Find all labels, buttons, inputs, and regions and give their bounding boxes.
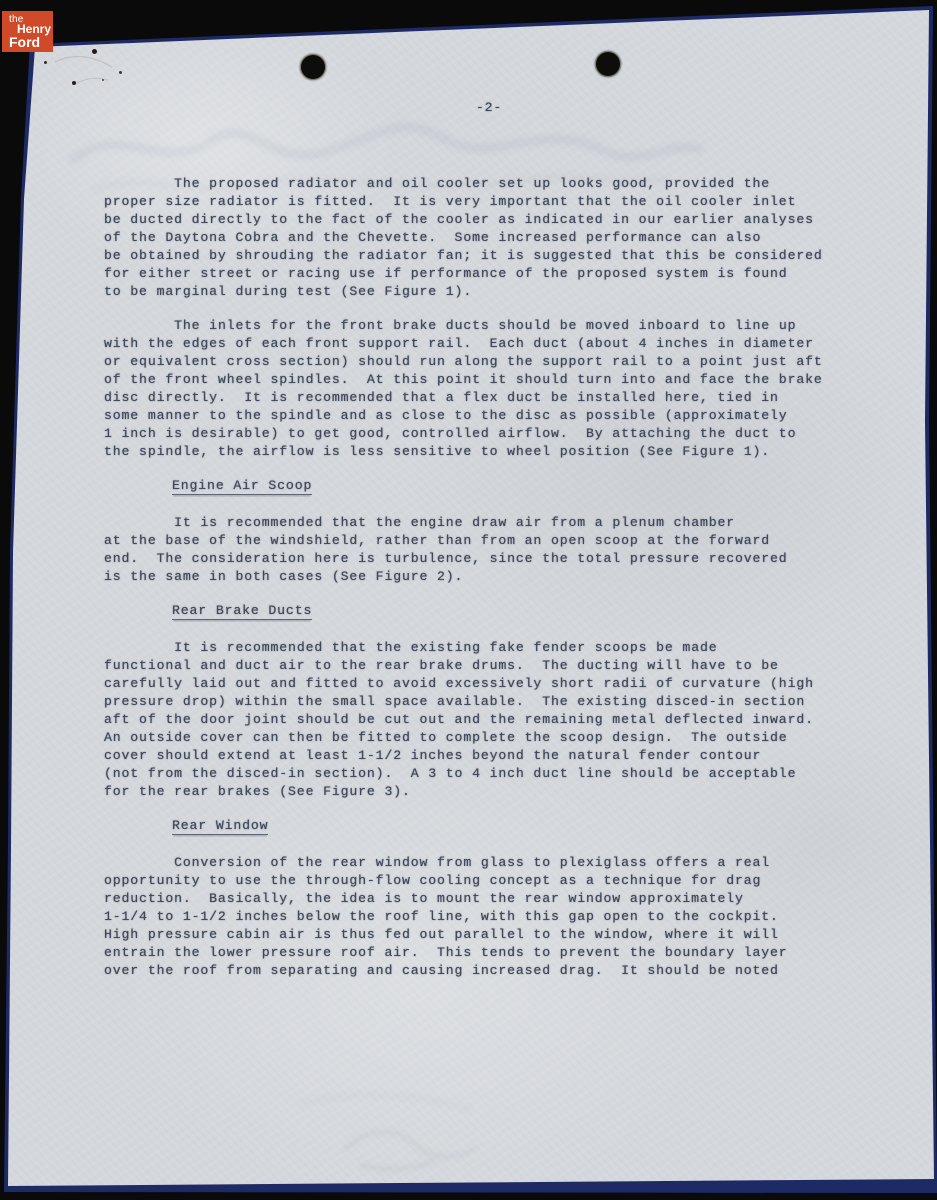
heading-text: Rear Window [172, 818, 268, 835]
document-text: The proposed radiator and oil cooler set… [104, 175, 840, 996]
dirt-speck [119, 71, 122, 74]
heading-engine-air-scoop: Engine Air Scoop [172, 477, 840, 495]
heading-text: Rear Brake Ducts [172, 603, 312, 620]
page-number: -2- [467, 100, 511, 115]
paragraph-rear-window: Conversion of the rear window from glass… [104, 854, 840, 980]
dirt-speck [44, 61, 47, 64]
dirt-speck [72, 81, 76, 85]
paragraph-front-brake-ducts: The inlets for the front brake ducts sho… [104, 317, 840, 461]
paragraph-engine-air-scoop: It is recommended that the engine draw a… [104, 514, 840, 586]
punch-hole-right [595, 51, 621, 77]
heading-rear-window: Rear Window [172, 817, 840, 835]
henry-ford-logo: the Henry Ford [2, 11, 53, 52]
heading-rear-brake-ducts: Rear Brake Ducts [172, 602, 840, 620]
paragraph-radiator-oil-cooler: The proposed radiator and oil cooler set… [104, 175, 840, 301]
scanned-document-page: the Henry Ford -2- The proposed radiator… [0, 0, 937, 1200]
dirt-speck [92, 49, 97, 54]
logo-text-ford: Ford [9, 34, 40, 50]
dirt-speck [102, 79, 104, 81]
punch-hole-left [300, 54, 326, 80]
paragraph-rear-brake-ducts: It is recommended that the existing fake… [104, 639, 840, 801]
heading-text: Engine Air Scoop [172, 478, 312, 495]
